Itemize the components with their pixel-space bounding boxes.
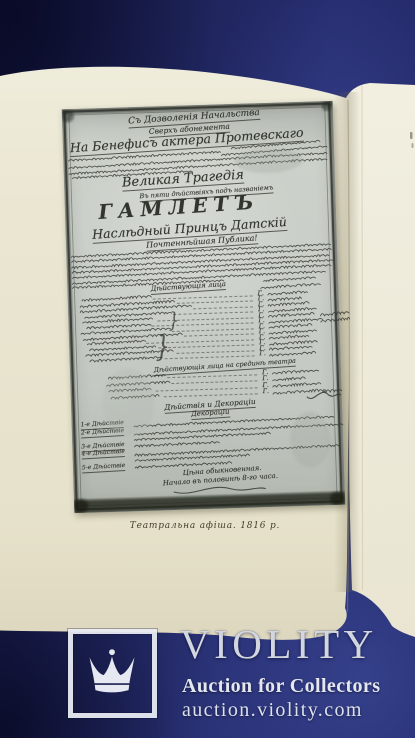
- leader-dashes: [177, 301, 253, 304]
- leader-dashes: [152, 323, 254, 327]
- leader-dashes: [171, 381, 257, 385]
- brace-mark: }: [168, 310, 179, 331]
- playbill-content: Съ Дозволенія НачальстваСверхъ абонемент…: [62, 101, 346, 513]
- leader-dashes: [173, 312, 253, 316]
- leader-dashes: [158, 345, 254, 349]
- leader-dashes: [165, 356, 255, 360]
- actor-prefix: Г.: [263, 388, 270, 395]
- page-speck: [410, 132, 413, 139]
- actor-prefix: Г.: [259, 350, 266, 357]
- playbill-text-line: Декораціи: [191, 409, 230, 421]
- leader-dashes: [193, 306, 253, 309]
- leader-dashes: [176, 350, 254, 353]
- act-label: 2-е Дѣйствіе: [81, 428, 125, 438]
- flourish-swash: [174, 484, 266, 501]
- page-speck: [412, 143, 414, 148]
- leader-dashes: [167, 374, 257, 378]
- act-label: 4-е Дѣйствіе: [81, 449, 125, 459]
- book-photo-scene: Съ Дозволенія НачальстваСверхъ абонемент…: [0, 0, 415, 738]
- leader-dashes: [184, 334, 254, 337]
- playbill-photo: Съ Дозволенія НачальстваСверхъ абонемент…: [62, 101, 346, 513]
- leader-dashes: [156, 387, 258, 391]
- leader-dashes: [172, 328, 254, 332]
- right-page-edge-line: [362, 86, 363, 590]
- flourish-swash: [307, 390, 341, 407]
- act-label: 5-е Дѣйствіе: [82, 462, 126, 472]
- brace-mark: }: [155, 332, 171, 362]
- photo-caption: Театральна афіша. 1816 р.: [60, 521, 350, 531]
